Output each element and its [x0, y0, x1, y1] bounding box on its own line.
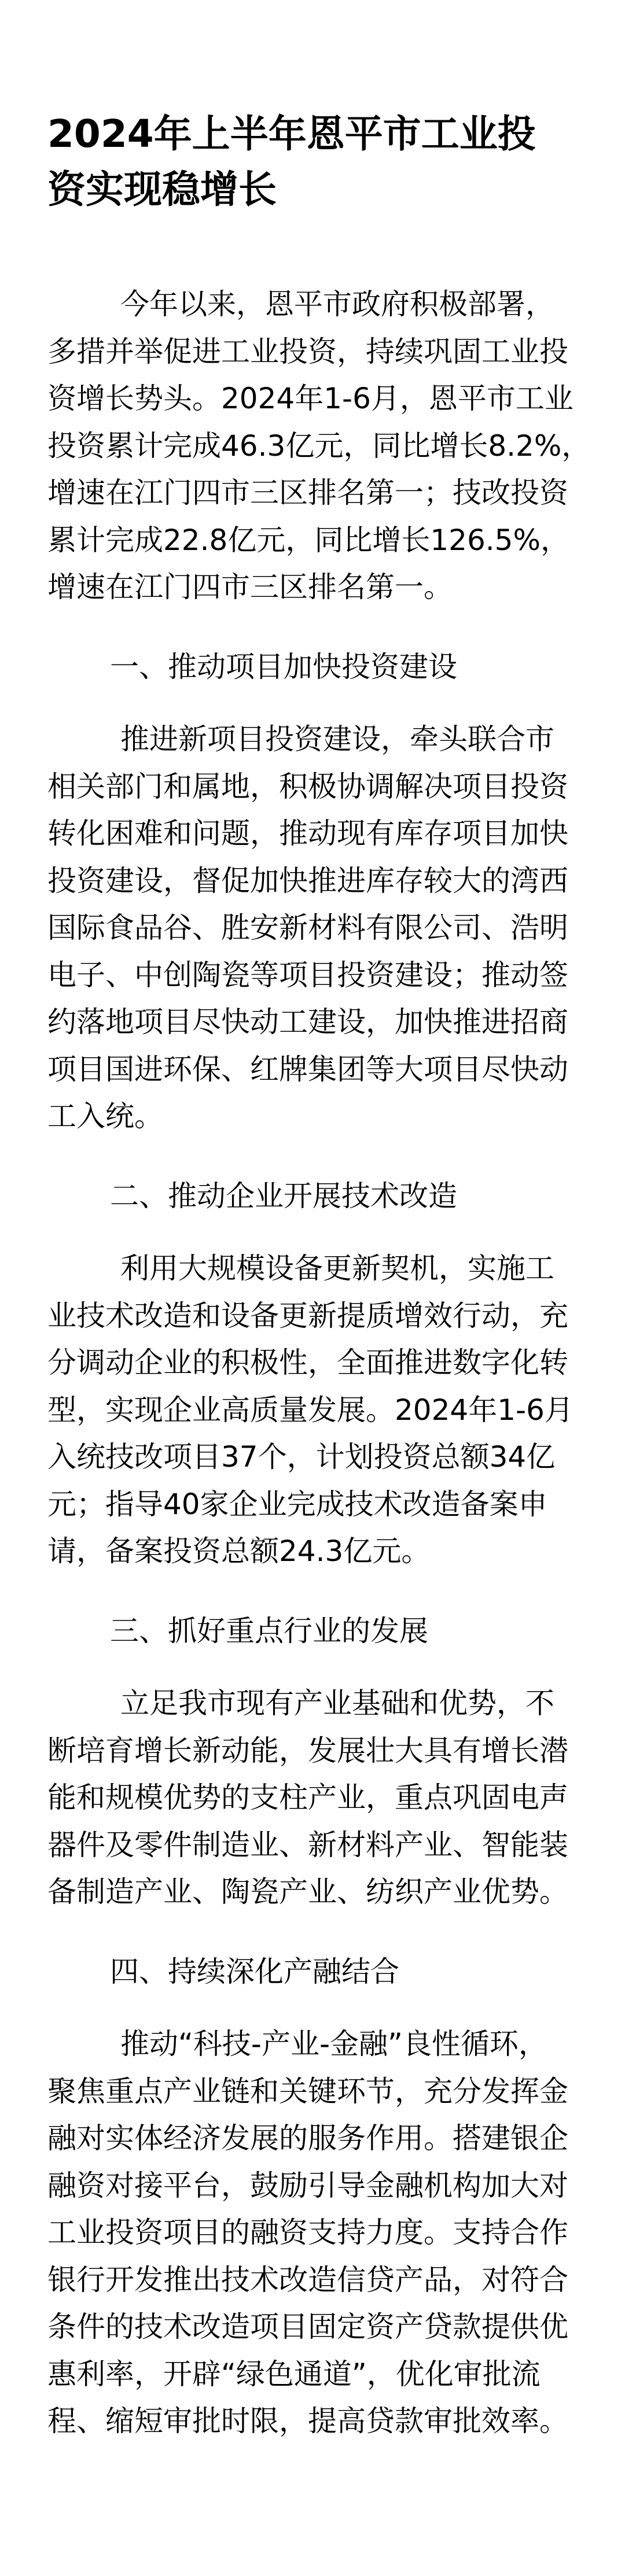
- section-paragraph-2: 利用大规模设备更新契机，实施工 业技术改造和设备更新提质增效行动，充 分调动企业…: [47, 1245, 591, 1575]
- title-line: 资实现稳增长: [47, 162, 591, 217]
- text-line: 资增长势头。2024年1-6月，恩平市工业: [47, 375, 591, 423]
- text-line: 电子、中创陶瓷等项目投资建设；推动签: [47, 952, 591, 999]
- text-line: 惠利率，开辟“绿色通道”，优化审批流: [47, 2351, 591, 2398]
- text-line: 分调动企业的积极性，全面推进数字化转: [47, 1339, 591, 1387]
- text-line: 工业投资项目的融资支持力度。支持合作: [47, 2209, 591, 2257]
- text-line: 增速在江门四市三区排名第一；技改投资: [47, 470, 591, 517]
- section-paragraph-1: 推进新项目投资建设，牵头联合市 相关部门和属地，积极协调解决项目投资 转化困难和…: [47, 716, 591, 1141]
- text-line: 累计完成22.8亿元，同比增长126.5%，: [47, 517, 591, 564]
- text-line: 融对实体经济发展的服务作用。搭建银企: [47, 2115, 591, 2162]
- text-line: 业技术改造和设备更新提质增效行动，充: [47, 1293, 591, 1340]
- text-line: 推进新项目投资建设，牵头联合市: [47, 716, 591, 763]
- section-heading-2: 二、推动企业开展技术改造: [47, 1173, 591, 1220]
- text-line: 国际食品谷、胜安新材料有限公司、浩明: [47, 905, 591, 952]
- text-line: 转化困难和问题，推动现有库存项目加快: [47, 810, 591, 858]
- text-line: 工入统。: [47, 1093, 591, 1141]
- article-body: 今年以来，恩平市政府积极部署， 多措并举促进工业投资，持续巩固工业投 资增长势头…: [47, 281, 591, 2445]
- text-line: 能和规模优势的支柱产业，重点巩固电声: [47, 1774, 591, 1822]
- text-line: 聚焦重点产业链和关键环节，充分发挥金: [47, 2068, 591, 2116]
- text-line: 推动“科技-产业-金融”良性循环，: [47, 2021, 591, 2068]
- text-line: 投资建设，督促加快推进库存较大的湾西: [47, 858, 591, 905]
- text-line: 元；指导40家企业完成技术改造备案申: [47, 1481, 591, 1529]
- section-heading-1: 一、推动项目加快投资建设: [47, 644, 591, 691]
- text-line: 项目国进环保、红牌集团等大项目尽快动: [47, 1046, 591, 1094]
- text-line: 入统技改项目37个，计划投资总额34亿: [47, 1434, 591, 1481]
- text-line: 器件及零件制造业、新材料产业、智能装: [47, 1822, 591, 1869]
- text-line: 融资对接平台，鼓励引导金融机构加大对: [47, 2162, 591, 2210]
- section-paragraph-4: 推动“科技-产业-金融”良性循环， 聚焦重点产业链和关键环节，充分发挥金 融对实…: [47, 2021, 591, 2445]
- text-line: 立足我市现有产业基础和优势，不: [47, 1680, 591, 1728]
- intro-paragraph: 今年以来，恩平市政府积极部署， 多措并举促进工业投资，持续巩固工业投 资增长势头…: [47, 281, 591, 611]
- text-line: 增速在江门四市三区排名第一。: [47, 564, 591, 611]
- title-line: 2024年上半年恩平市工业投: [47, 106, 591, 162]
- section-heading-4: 四、持续深化产融结合: [47, 1948, 591, 1996]
- section-paragraph-3: 立足我市现有产业基础和优势，不 断培育增长新动能，发展壮大具有增长潜 能和规模优…: [47, 1680, 591, 1916]
- text-line: 型，实现企业高质量发展。2024年1-6月: [47, 1387, 591, 1434]
- text-line: 请，备案投资总额24.3亿元。: [47, 1528, 591, 1575]
- text-line: 利用大规模设备更新契机，实施工: [47, 1245, 591, 1293]
- section-heading-3: 三、抓好重点行业的发展: [47, 1608, 591, 1655]
- text-line: 银行开发推出技术改造信贷产品，对符合: [47, 2257, 591, 2304]
- text-line: 约落地项目尽快动工建设，加快推进招商: [47, 999, 591, 1046]
- text-line: 今年以来，恩平市政府积极部署，: [47, 281, 591, 329]
- text-line: 投资累计完成46.3亿元，同比增长8.2%，: [47, 423, 591, 470]
- article-title: 2024年上半年恩平市工业投 资实现稳增长: [47, 106, 591, 217]
- text-line: 相关部门和属地，积极协调解决项目投资: [47, 763, 591, 811]
- text-line: 多措并举促进工业投资，持续巩固工业投: [47, 329, 591, 376]
- text-line: 程、缩短审批时限，提高贷款审批效率。: [47, 2398, 591, 2445]
- text-line: 条件的技术改造项目固定资产贷款提供优: [47, 2304, 591, 2351]
- text-line: 断培育增长新动能，发展壮大具有增长潜: [47, 1728, 591, 1775]
- text-line: 备制造产业、陶瓷产业、纺织产业优势。: [47, 1869, 591, 1916]
